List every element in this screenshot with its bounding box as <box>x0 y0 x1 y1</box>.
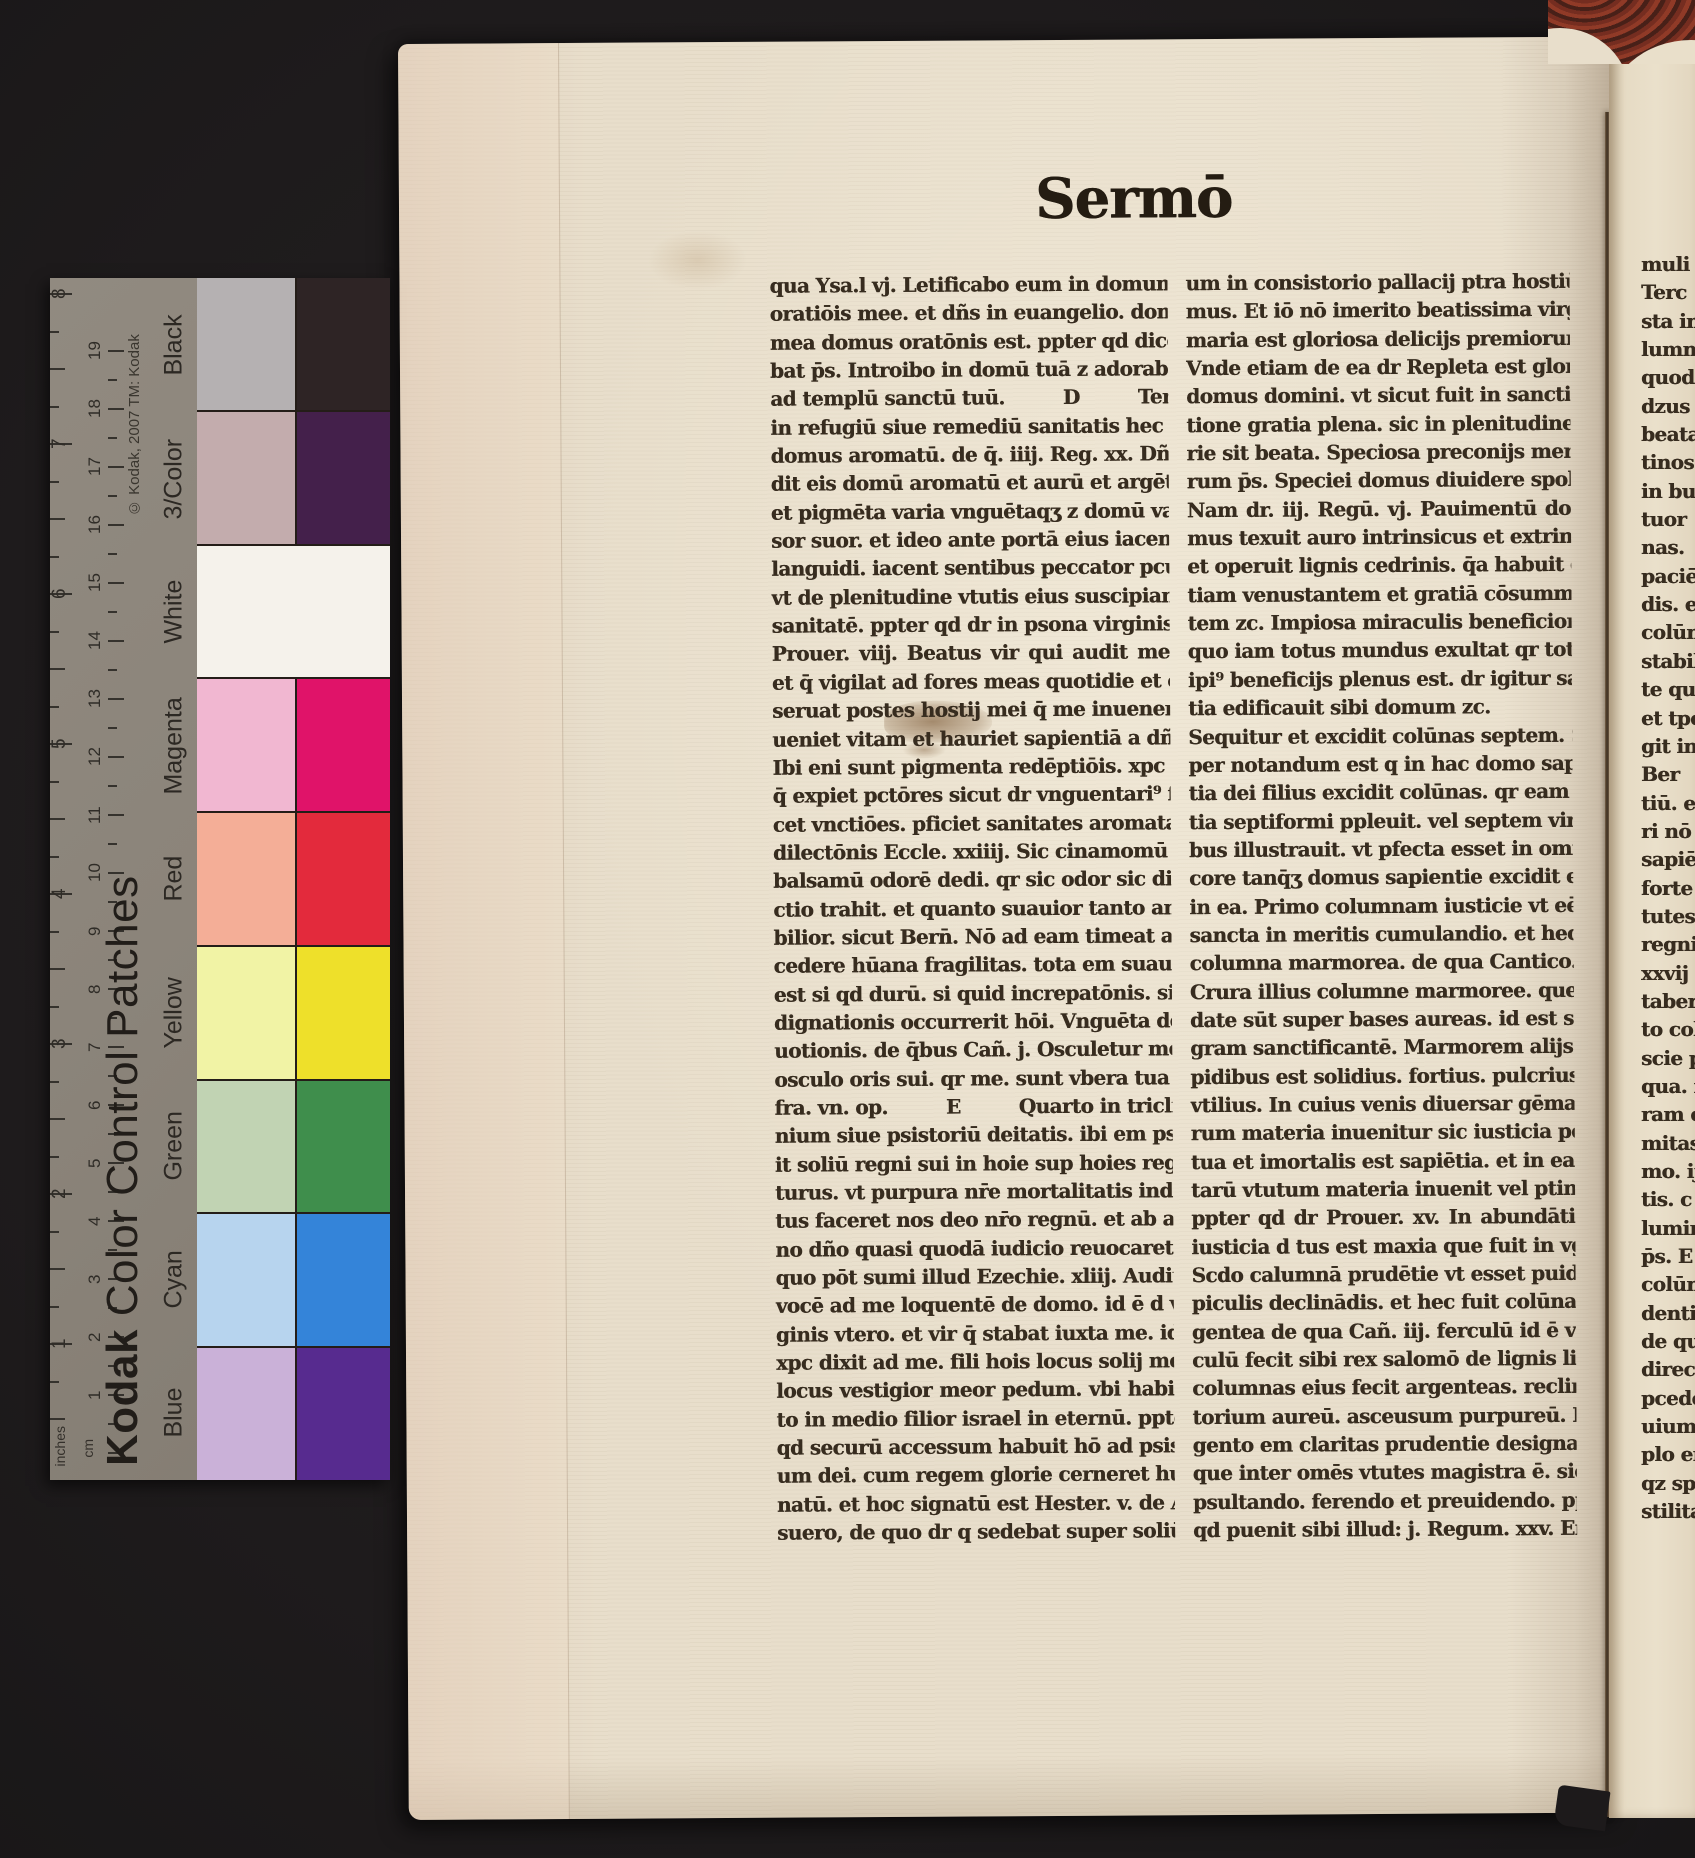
text-line: gento em claritas prudentie designatur <box>1192 1429 1576 1460</box>
ruler-tick-inch <box>50 1268 65 1270</box>
text-line: tis. c <box>1641 1185 1695 1213</box>
text-line: dis. e <box>1641 590 1695 618</box>
text-line: vt de plenitudine vtutis eius suscipiant <box>771 581 1169 612</box>
text-line: domus aromatū. de q̄. iiij. Reg. xx. Dñ <box>770 439 1168 470</box>
ruler-tick-inch <box>50 1306 59 1308</box>
next-page-edge: muliTercsta inlumnquoddzusbeatatinosin b… <box>1609 26 1695 1818</box>
text-column-right: um in consistorio pallacij ptra hostiū d… <box>1185 267 1577 1545</box>
text-line: p̄s. E <box>1641 1242 1695 1270</box>
kodak-color-card: inches cm 876543211918171615141312111098… <box>50 278 390 1480</box>
text-line: suero, de quo dr q sedebat super soliū s… <box>777 1516 1175 1547</box>
ruler-number-inch: 1 <box>51 1327 69 1361</box>
text-line: qz sp <box>1641 1469 1695 1497</box>
text-line: vocē ad me loquentē de domo. id ē d vir <box>776 1290 1174 1321</box>
page-header: Sermō <box>1035 165 1215 232</box>
text-line: nium siue psistoriū deitatis. ibi em pst… <box>775 1120 1173 1151</box>
ruler-tick-inch <box>50 968 65 970</box>
text-line: et operuit lignis cedrinis. q̄a habuit g… <box>1187 550 1571 581</box>
text-line: q̄ expiet pctōres sicut dr vnguentari⁹ f… <box>773 779 1171 810</box>
ruler-number-inch: 4 <box>51 877 69 911</box>
text-line: domus domini. vt sicut fuit in sanctific… <box>1186 380 1570 411</box>
text-line: te qu <box>1641 675 1695 703</box>
text-line: uotionis. de q̄bus Cañ. j. Osculetur me <box>774 1035 1172 1066</box>
ruler-tick-inch <box>50 406 59 408</box>
swatch-row <box>197 813 390 945</box>
card-title-text: Color Control Patches <box>98 875 147 1329</box>
text-line: regni <box>1641 930 1695 958</box>
text-line: tinos <box>1641 448 1695 476</box>
text-line: que inter omēs vtutes magistra ē. sicut … <box>1193 1457 1577 1488</box>
ruler-number-cm: 15 <box>86 566 104 600</box>
text-line: rum p̄s. Speciei domus diuidere spolia. <box>1187 465 1571 496</box>
ruler-number-inch: 2 <box>51 1177 69 1211</box>
text-line: mus. Et iō nō imerito beatissima virgo <box>1186 295 1570 326</box>
ruler-tick-inch <box>50 931 59 933</box>
text-line: ctio trahit. et quanto suauior tanto ama <box>773 893 1171 924</box>
ruler-number-cm: 16 <box>86 508 104 542</box>
text-line: culū fecit sibi rex salomō de lignis lib… <box>1192 1344 1576 1375</box>
text-line: ginis vtero. et vir q̄ stabat iuxta me. … <box>776 1318 1174 1349</box>
ruler-number-cm: 14 <box>86 624 104 658</box>
ruler-tick-inch <box>50 1006 59 1008</box>
text-line: tutes <box>1641 902 1695 930</box>
swatch-magenta-light <box>197 679 295 811</box>
ruler-tick-cm <box>108 640 124 642</box>
text-line: et q̄ vigilat ad fores meas quotidie et … <box>772 666 1170 697</box>
text-line: et pigmēta varia vnguētaqʒ z domū va <box>771 496 1169 527</box>
text-line: tua et imortalis est sapiētia. et in ea … <box>1191 1145 1575 1176</box>
text-line: natū. et hoc signatū est Hester. v. de A… <box>777 1488 1175 1519</box>
text-line: Ibi eni sunt pigmenta redēptiōis. xpc sc… <box>772 751 1170 782</box>
text-line: direct <box>1641 1355 1695 1383</box>
swatch-row <box>197 947 390 1079</box>
text-line: Crura illius columne marmoree. que fū <box>1190 975 1574 1006</box>
text-line: sapiē <box>1641 845 1695 873</box>
swatch-yellow-light <box>197 947 295 1079</box>
ruler-tick-cm <box>108 350 124 352</box>
text-line: sta in <box>1641 307 1695 335</box>
text-line: core tanq̄ʒ domus sapientie excidit ergo <box>1189 862 1573 893</box>
text-line: bat p̄s. Introibo in domū tuā z adorabo <box>770 354 1168 385</box>
text-line: stabil <box>1641 647 1695 675</box>
text-line: oratiōis mee. et dñs in euangelio. dom⁹ <box>770 298 1168 329</box>
text-line: est si qd durū. si quid increpatōnis. si… <box>774 978 1172 1009</box>
text-line: to in medio filior israel in eternū. ppt… <box>776 1403 1174 1434</box>
swatch-green-light <box>197 1081 295 1213</box>
text-line: dit eis domū aromatū et aurū et argētū <box>771 468 1169 499</box>
text-line: qua Ysa.l vj. Letificabo eum in domum <box>769 269 1167 300</box>
text-line: maria est gloriosa delicijs premiorum. <box>1186 324 1570 355</box>
text-line: seruat postes hostij mei q̄ me inuenerit… <box>772 694 1170 725</box>
ruler-tick-inch <box>50 1118 65 1120</box>
text-line: Terc <box>1641 278 1695 306</box>
text-line: Ber <box>1641 760 1695 788</box>
text-line: tia edificauit sibi domum zc. F <box>1188 692 1572 723</box>
swatch-3/color-strong <box>297 412 390 544</box>
text-line: forte <box>1641 874 1695 902</box>
text-line: et tpe <box>1641 704 1695 732</box>
text-line: fra. vn. op. E Quarto in tricli/ <box>774 1091 1172 1122</box>
text-line: Sequitur et excidit colūnas septem. Sē <box>1188 720 1572 751</box>
text-line: tiū. et <box>1641 789 1695 817</box>
text-line: in ea. Primo columnam iusticie vt eēt <box>1189 890 1573 921</box>
ruler-tick-inch <box>50 556 59 558</box>
text-line: gram sanctificantē. Marmorem alijs la <box>1190 1032 1574 1063</box>
text-line: ipi⁹ beneficijs plenus est. dr igitur sa… <box>1188 664 1572 695</box>
text-line: ad templū sanctū tuū. D Tercō <box>770 383 1168 414</box>
text-line: gentea de qua Cañ. iij. ferculū id ē veh… <box>1192 1316 1576 1347</box>
text-line: uium <box>1641 1412 1695 1440</box>
swatch-label: Blue <box>154 1346 194 1480</box>
text-line: muli <box>1641 250 1695 278</box>
text-line: torium aureū. asceusum purpureū. In ar <box>1192 1401 1576 1432</box>
text-line: pcede <box>1641 1384 1695 1412</box>
ruler-tick-cm <box>108 379 117 381</box>
text-line: vtilius. In cuius venis diuersar gēma <box>1190 1089 1574 1120</box>
ruler-tick-inch <box>50 1156 59 1158</box>
text-line: columnas eius fecit argenteas. reclina/ <box>1192 1372 1576 1403</box>
text-line: denti <box>1641 1299 1695 1327</box>
ruler-tick-cm <box>108 495 117 497</box>
text-line: tiam venustantem et gratiā cōsumman <box>1187 579 1571 610</box>
text-line: Scdo calumnā prudētie vt esset puida i <box>1191 1259 1575 1290</box>
text-line: ram e <box>1641 1100 1695 1128</box>
ruler-tick-inch <box>50 1418 65 1420</box>
text-line: cedere hūana fragilitas. tota em suauis <box>774 950 1172 981</box>
text-line: pidibus est solidius. fortius. pulcrius.… <box>1190 1060 1574 1091</box>
text-line: tarū vtutum materia inuenit vel ptinet. <box>1191 1174 1575 1205</box>
ruler-number-cm: 17 <box>86 450 104 484</box>
text-line: paciē <box>1641 562 1695 590</box>
text-line: xpc dixit ad me. fili hois locus solij m… <box>776 1346 1174 1377</box>
text-line: bilior. sicut Bern̄. Nō ad eam timeat ac <box>773 921 1171 952</box>
text-line: sancta in meritis cumulandio. et hec fui… <box>1189 919 1573 950</box>
text-line: lumn <box>1641 335 1695 363</box>
ruler-tick-cm <box>108 437 117 439</box>
copyright-text: © Kodak, 2007 TM: Kodak <box>126 296 143 516</box>
ruler-number-cm: 18 <box>86 392 104 426</box>
text-line: nas. <box>1641 533 1695 561</box>
ruler-tick-inch <box>50 856 59 858</box>
text-line: bus illustrauit. vt pfecta esset in omni… <box>1189 834 1573 865</box>
ruler-number-inch: 5 <box>51 727 69 761</box>
text-line: dignationis occurrerit hōi. Vnguēta de <box>774 1006 1172 1037</box>
text-line: colūn <box>1641 1270 1695 1298</box>
ruler-tick-cm <box>108 727 117 729</box>
text-line: tia dei filius excidit colūnas. qr eam g… <box>1189 777 1573 808</box>
swatch-magenta-strong <box>297 679 390 811</box>
page-corner-tear <box>1553 1785 1610 1832</box>
ruler-tick-cm <box>108 553 117 555</box>
ruler-tick-inch <box>50 706 59 708</box>
text-line: it soliū regni sui in hoie sup hoies reg… <box>775 1148 1173 1179</box>
swatch-row <box>197 1081 390 1213</box>
text-line: in refugiū siue remediū sanitatis hec fu… <box>770 411 1168 442</box>
swatch-label: Black <box>154 278 194 412</box>
text-line: rum materia inuenitur sic iusticia perpe… <box>1191 1117 1575 1148</box>
ruler-number-inch: 3 <box>51 1027 69 1061</box>
swatch-red-light <box>197 813 295 945</box>
text-line: to col <box>1641 1015 1695 1043</box>
ruler-number-inch: 7 <box>51 427 69 461</box>
ruler-tick-cm <box>108 582 124 584</box>
book-page: Sermō qua Ysa.l vj. Letificabo eum in do… <box>398 37 1621 1820</box>
text-line: psultando. ferendo et preuidendo. ppter <box>1193 1486 1577 1517</box>
ruler-tick-inch <box>50 631 59 633</box>
ruler-tick-inch <box>50 368 65 370</box>
ruler-tick-cm <box>108 698 124 700</box>
text-line: mus texuit auro intrinsicus et extrinsic… <box>1187 522 1571 553</box>
text-line: no dño quasi quodā iudicio reuocaret. d <box>775 1233 1173 1264</box>
swatch-row <box>197 1348 390 1480</box>
text-line: stilita <box>1641 1497 1695 1525</box>
text-line: colūn <box>1641 618 1695 646</box>
ruler-tick-cm <box>108 408 124 410</box>
ruler-tick-inch <box>50 518 65 520</box>
text-line: tuor <box>1641 505 1695 533</box>
swatch-label: Magenta <box>154 679 194 813</box>
swatch-green-strong <box>297 1081 390 1213</box>
swatch-row <box>197 546 390 678</box>
photo-background: Sermō qua Ysa.l vj. Letificabo eum in do… <box>0 0 1695 1858</box>
ruler-tick-inch <box>50 1231 59 1233</box>
text-line: Prouer. viij. Beatus vir qui audit me <box>772 638 1170 669</box>
text-line: date sūt super bases aureas. id est supe… <box>1190 1004 1574 1035</box>
text-line: xxvij <box>1641 959 1695 987</box>
ruler-tick-cm <box>108 466 124 468</box>
swatch-3/color-light <box>197 412 295 544</box>
ruler-number-inch: 8 <box>51 277 69 311</box>
text-line: in bu <box>1641 477 1695 505</box>
swatch-white <box>197 546 390 678</box>
text-line: dzus <box>1641 392 1695 420</box>
text-line: iusticia d tus est maxia que fuit in vgi… <box>1191 1231 1575 1262</box>
kodak-logo-text: Kodak <box>98 1329 147 1466</box>
text-line: qd securū accessum habuit hō ad psistori <box>776 1431 1174 1462</box>
swatch-row <box>197 278 390 410</box>
swatch-label: Green <box>154 1079 194 1213</box>
swatch-yellow-strong <box>297 947 390 1079</box>
swatch-row <box>197 679 390 811</box>
text-line: ueniet vitam et hauriet sapientiā a dño. <box>772 723 1170 754</box>
swatch-blue-strong <box>297 1348 390 1480</box>
swatch-cyan-strong <box>297 1214 390 1346</box>
text-line: rie sit beata. Speciosa preconijs merito <box>1186 437 1570 468</box>
color-swatches <box>197 278 390 1480</box>
text-line: tia septiformi ppleuit. vel septem virtu… <box>1189 805 1573 836</box>
text-line: tione gratia plena. sic in plenitudine g… <box>1186 409 1570 440</box>
ruler-unit-inches: inches <box>52 1426 68 1466</box>
ruler-tick-cm <box>108 524 124 526</box>
swatch-label: White <box>154 545 194 679</box>
swatch-label: 3/Color <box>154 412 194 546</box>
text-line: tus faceret nos deo nr̄o regnū. et ab al… <box>775 1205 1173 1236</box>
text-line: piculis declinādis. et hec fuit colūna a… <box>1192 1287 1576 1318</box>
text-line: Nam dr. iij. Regū. vj. Pauimentū do <box>1187 494 1571 525</box>
marbled-book-edge <box>1548 0 1695 64</box>
text-line: beata <box>1641 420 1695 448</box>
text-line: um dei. cum regem glorie cerneret huma <box>777 1460 1175 1491</box>
ruler-tick-inch <box>50 1081 59 1083</box>
swatch-black-strong <box>297 278 390 410</box>
text-line: mea domus oratōnis est. ppter qd dice <box>770 326 1168 357</box>
text-line: de qu <box>1641 1327 1695 1355</box>
kodak-brand-text: Kodak Color Control Patches <box>98 736 148 1466</box>
text-line: ri nō <box>1641 817 1695 845</box>
text-line: sor suor. et ideo ante portā eius iacent <box>771 524 1169 555</box>
text-line: qua. i <box>1641 1072 1695 1100</box>
text-line: Vnde etiam de ea dr Repleta est gloria <box>1186 352 1570 383</box>
text-line: dilectōnis Eccle. xxiiij. Sic cinamomū z <box>773 836 1171 867</box>
text-line: sanitatē. ppter qd dr in psona virginis. <box>771 609 1169 640</box>
swatch-label: Cyan <box>154 1213 194 1347</box>
text-line: per notandum est q in hac domo sapien <box>1188 749 1572 780</box>
ruler-tick-inch <box>50 1381 59 1383</box>
text-line: columna marmorea. de qua Cantico. v. <box>1190 947 1574 978</box>
text-line: cet vnctiōes. pficiet sanitates aromata <box>773 808 1171 839</box>
text-line: mo. ij <box>1641 1157 1695 1185</box>
swatch-cyan-light <box>197 1214 295 1346</box>
text-line: tem zc. Impiosa miraculis beneficiorum <box>1187 607 1571 638</box>
text-line: quo iam totus mundus exultat qr totus <box>1188 635 1572 666</box>
ruler-number-inch: 6 <box>51 577 69 611</box>
ruler-tick-inch <box>50 331 59 333</box>
text-line: osculo oris sui. qr me. sunt vbera tua v… <box>774 1063 1172 1094</box>
swatch-label: Red <box>154 812 194 946</box>
text-column-left: qua Ysa.l vj. Letificabo eum in domumora… <box>769 269 1175 1547</box>
text-line: balsamū odorē dedi. qr sic odor sic dile… <box>773 865 1171 896</box>
text-line: um in consistorio pallacij ptra hostiū d… <box>1185 267 1569 298</box>
text-line: ppter qd dr Prouer. xv. In abundāti <box>1191 1202 1575 1233</box>
text-line: lumin <box>1641 1214 1695 1242</box>
text-line: taber <box>1641 987 1695 1015</box>
swatch-row <box>197 412 390 544</box>
text-line: plo er <box>1641 1440 1695 1468</box>
text-line: turus. vt purpura nr̄e mortalitatis indu <box>775 1176 1173 1207</box>
ruler-tick-inch <box>50 818 65 820</box>
ruler-unit-cm: cm <box>80 1439 96 1458</box>
swatch-black-light <box>197 278 295 410</box>
text-line: git in <box>1641 732 1695 760</box>
ruler-tick-inch <box>50 781 59 783</box>
text-line: qd puenit sibi illud: j. Regum. xxv. Era… <box>1193 1514 1577 1545</box>
text-line: locus vestigior meor pedum. vbi habi <box>776 1375 1174 1406</box>
ruler-number-cm: 13 <box>86 682 104 716</box>
underleaf-edge <box>398 43 570 1820</box>
swatch-row <box>197 1214 390 1346</box>
text-line: quo pōt sumi illud Ezechie. xliij. Audiu… <box>775 1261 1173 1292</box>
text-line: quod <box>1641 363 1695 391</box>
ruler-tick-cm <box>108 669 117 671</box>
ruler-number-cm: 19 <box>86 334 104 368</box>
ruler-tick-inch <box>50 481 59 483</box>
ruler-tick-inch <box>50 668 65 670</box>
text-line: mitas <box>1641 1129 1695 1157</box>
ruler-tick-cm <box>108 611 117 613</box>
text-line: scie p <box>1641 1044 1695 1072</box>
swatch-blue-light <box>197 1348 295 1480</box>
swatch-red-strong <box>297 813 390 945</box>
text-line: languidi. iacent sentibus peccator pcuss… <box>771 553 1169 584</box>
text-column-next-page: muliTercsta inlumnquoddzusbeatatinosin b… <box>1641 250 1695 1525</box>
swatch-label: Yellow <box>154 946 194 1080</box>
